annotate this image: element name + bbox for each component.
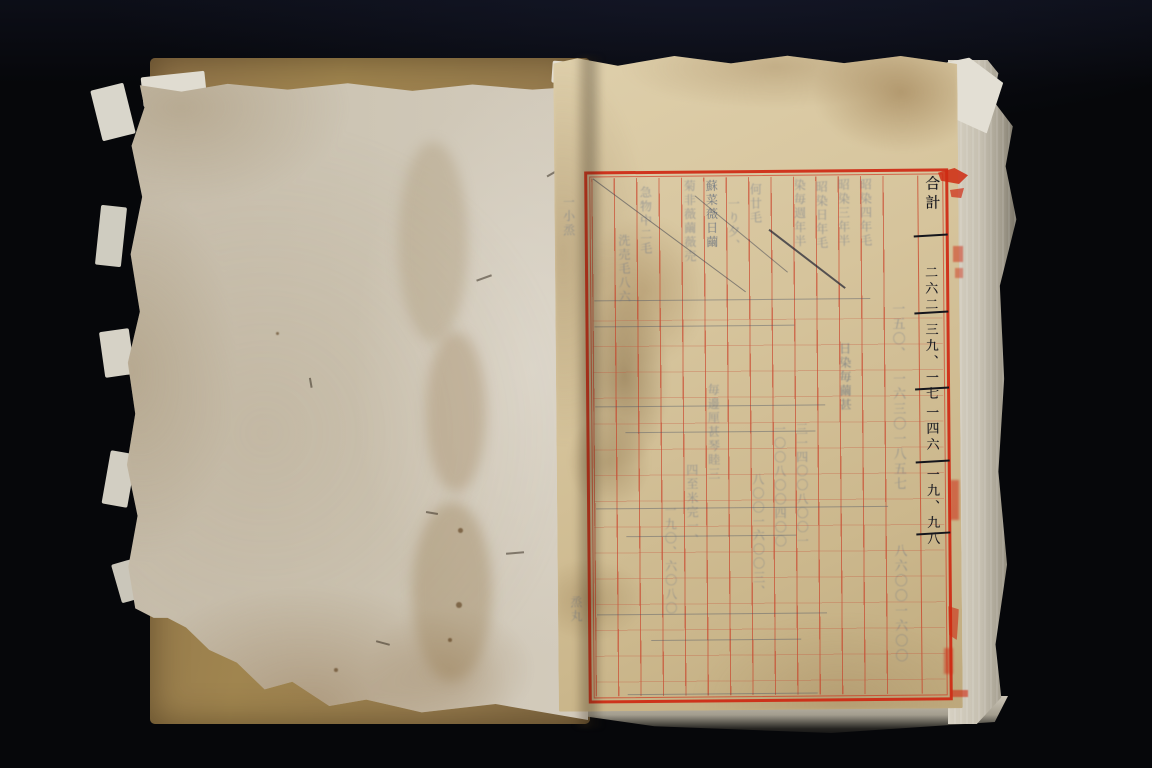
ghost-handwriting: 洗売毛八六 [618,234,631,304]
red-margin-print-mark [953,246,963,262]
stain-spot [448,638,452,642]
total-entry: 一四六 [921,405,940,453]
ghost-handwriting: 四至米完一、 [686,464,699,548]
red-margin-print-mark [950,480,959,520]
red-margin-print-mark [952,690,968,697]
ghost-handwriting: 三一四〇〇八〇〇一 [795,423,808,549]
ghost-handwriting: 急物中二毛 [639,186,652,256]
ghost-handwriting: 日染毎繭甚 [839,342,852,412]
total-entry: 三九、一七 [920,322,940,402]
photo-scene: 一小烝 烝丸 昭染四年毛 昭染三年半 昭染日年毛 染毎週年半 何廿毛 一り夕、 [0,0,1152,768]
ghost-handwriting: 八六〇〇一六〇〇 [892,544,906,664]
water-stain [426,332,486,492]
ghost-handwriting: 一五〇、 [890,302,904,362]
book-spine-shadow [574,56,604,728]
stain-spot [458,528,463,533]
left-page-stain-wash [126,82,588,720]
ghost-handwriting: 昭染日年毛 [815,180,828,250]
right-ledger-page: 一小烝 烝丸 昭染四年毛 昭染三年半 昭染日年毛 染毎週年半 何廿毛 一り夕、 [553,52,963,712]
ghost-handwriting-margin: 一小烝 [562,196,574,238]
total-entry: 一九、九八 [922,467,942,547]
ghost-handwriting: 毎邊厘甚琴睦三 [707,383,720,481]
ghost-handwriting: 何廿毛 [749,183,761,225]
ghost-handwriting: 八〇〇一六〇〇三、 [752,473,765,599]
totals-header: 合計 [917,175,943,213]
ghost-handwriting: 一六三〇一八五七 [891,372,905,492]
ghost-handwriting: 染毎週年半 [793,179,806,249]
water-stain [398,142,468,342]
left-page-blank [126,82,588,720]
ghost-handwriting: 蘇菜薇日繭 [705,179,718,249]
ghost-handwriting: 昭染四年毛 [859,178,872,248]
ledger-red-frame: 昭染四年毛 昭染三年半 昭染日年毛 染毎週年半 何廿毛 一り夕、 蘇菜薇日繭 菊… [584,168,953,703]
ghost-handwriting: 菊非薇繭薇売 [683,180,696,264]
stain-spot [334,668,338,672]
red-margin-print-mark [944,648,953,674]
stain-spot [276,332,279,335]
ghost-handwriting: 一九〇、六〇八〇 [664,504,677,616]
stain-spot [456,602,462,608]
total-entry: 二六二 [920,265,939,313]
ghost-handwriting: 昭染三年半 [837,178,850,248]
ghost-handwriting: 一り夕、 [727,197,739,253]
water-stain [412,502,492,682]
ghost-handwriting: 一〇〇八〇〇四〇〇 [773,423,786,549]
red-margin-print-mark [955,268,963,278]
